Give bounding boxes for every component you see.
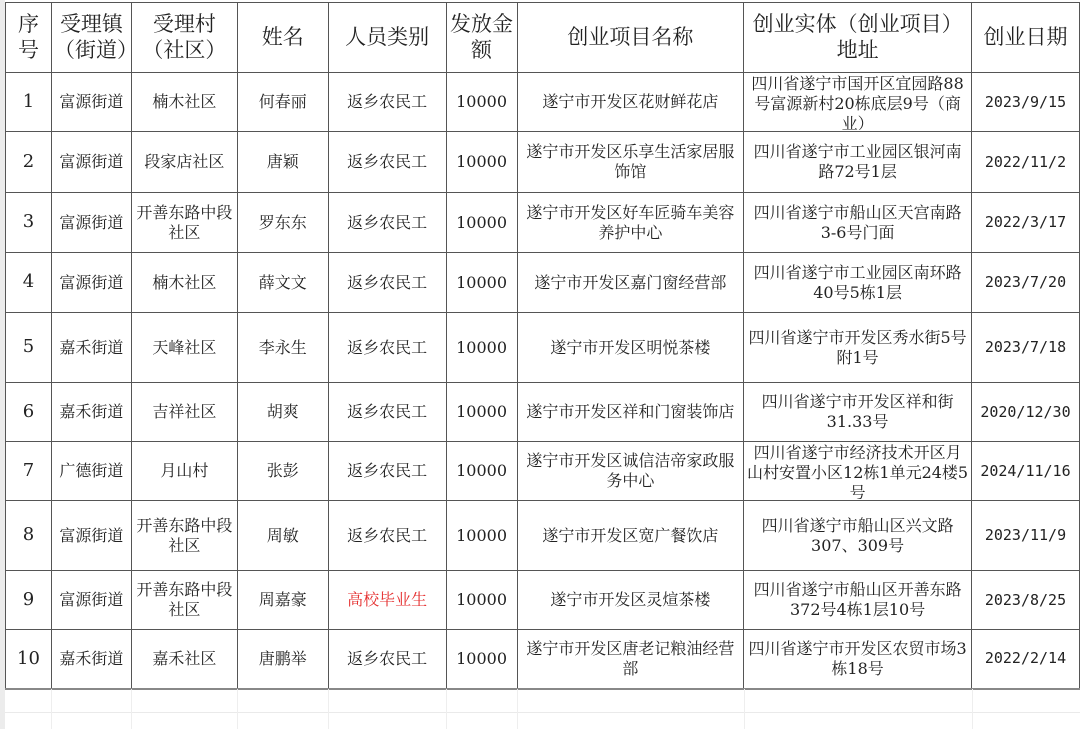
table-row: 6 嘉禾街道 吉祥社区 胡爽 返乡农民工 10000 遂宁市开发区祥和门窗装饰店… — [6, 383, 1080, 442]
cell-text: 遂宁市开发区明悦茶楼 — [520, 338, 742, 358]
cell-text: 遂宁市开发区唐老记粮油经营部 — [520, 639, 742, 679]
cell-text: 四川省遂宁市船山区兴文路307、309号 — [746, 516, 969, 556]
cell-text: 10000 — [449, 273, 515, 293]
cell-category[interactable]: 返乡农民工 — [328, 442, 446, 501]
cell-date[interactable]: 2022/11/2 — [971, 132, 1079, 193]
table-row: 2 富源街道 段家店社区 唐颖 返乡农民工 10000 遂宁市开发区乐享生活家居… — [6, 132, 1080, 193]
cell-text: 2023/8/25 — [974, 591, 1077, 610]
header-cell-town[interactable]: 受理镇（街道） — [51, 3, 131, 73]
cell-village[interactable]: 吉祥社区 — [131, 383, 237, 442]
cell-name[interactable]: 唐颖 — [237, 132, 328, 193]
cell-name[interactable]: 李永生 — [237, 313, 328, 383]
header-cell-date[interactable]: 创业日期 — [971, 3, 1079, 73]
cell-text: 开善东路中段社区 — [134, 580, 235, 620]
cell-town[interactable]: 嘉禾街道 — [51, 313, 131, 383]
cell-town[interactable]: 广德街道 — [51, 442, 131, 501]
header-row: 序号 受理镇（街道） 受理村（社区） 姓名 人员类别 发放金额 创业项目名称 创… — [6, 3, 1080, 73]
cell-text: 返乡农民工 — [331, 273, 444, 293]
cell-name[interactable]: 何春丽 — [237, 73, 328, 132]
cell-project[interactable]: 遂宁市开发区宽广餐饮店 — [517, 501, 744, 571]
cell-text: 天峰社区 — [134, 338, 235, 358]
cell-address[interactable]: 四川省遂宁市经济技术开区月山村安置小区12栋1单元24楼5号 — [744, 442, 972, 501]
cell-category[interactable]: 返乡农民工 — [328, 501, 446, 571]
cell-text: 遂宁市开发区祥和门窗装饰店 — [520, 402, 742, 422]
cell-text: 富源街道 — [54, 526, 129, 546]
cell-town[interactable]: 富源街道 — [51, 132, 131, 193]
cell-text: 8 — [8, 524, 49, 547]
cell-town[interactable]: 嘉禾街道 — [51, 630, 131, 689]
cell-text: 遂宁市开发区好车匠骑车美容养护中心 — [520, 203, 742, 243]
cell-town[interactable]: 富源街道 — [51, 193, 131, 253]
cell-date[interactable]: 2024/11/16 — [971, 442, 1079, 501]
cell-category[interactable]: 高校毕业生 — [328, 571, 446, 630]
cell-text: 7 — [8, 460, 49, 483]
cell-text: 周嘉豪 — [240, 590, 326, 610]
cell-date[interactable]: 2023/11/9 — [971, 501, 1079, 571]
cell-text: 四川省遂宁市工业园区南环路40号5栋1层 — [746, 263, 969, 303]
cell-text: 四川省遂宁市经济技术开区月山村安置小区12栋1单元24楼5号 — [746, 443, 969, 499]
cell-text: 2 — [8, 151, 49, 174]
cell-text: 10000 — [449, 649, 515, 669]
cell-text: 4 — [8, 271, 49, 294]
cell-category[interactable]: 返乡农民工 — [328, 630, 446, 689]
cell-no[interactable]: 5 — [6, 313, 52, 383]
cell-text: 唐鹏举 — [240, 649, 326, 669]
header-cell-name[interactable]: 姓名 — [237, 3, 328, 73]
cell-village[interactable]: 天峰社区 — [131, 313, 237, 383]
header-cell-amount[interactable]: 发放金额 — [446, 3, 517, 73]
cell-text: 3 — [8, 211, 49, 234]
cell-date[interactable]: 2023/7/18 — [971, 313, 1079, 383]
cell-text: 富源街道 — [54, 590, 129, 610]
cell-amount[interactable]: 10000 — [446, 253, 517, 313]
cell-text: 10000 — [449, 461, 515, 481]
spreadsheet-table: 序号 受理镇（街道） 受理村（社区） 姓名 人员类别 发放金额 创业项目名称 创… — [5, 2, 1080, 690]
cell-town[interactable]: 富源街道 — [51, 501, 131, 571]
header-cell-category[interactable]: 人员类别 — [328, 3, 446, 73]
cell-no[interactable]: 4 — [6, 253, 52, 313]
cell-text: 遂宁市开发区灵煊茶楼 — [520, 590, 742, 610]
cell-text: 10000 — [449, 213, 515, 233]
cell-address[interactable]: 四川省遂宁市国开区宜园路88号富源新村20栋底层9号（商业） — [744, 73, 972, 132]
cell-project[interactable]: 遂宁市开发区灵煊茶楼 — [517, 571, 744, 630]
cell-address[interactable]: 四川省遂宁市工业园区银河南路72号1层 — [744, 132, 972, 193]
cell-text: 10000 — [449, 526, 515, 546]
cell-text: 2023/7/18 — [974, 338, 1077, 357]
header-cell-no[interactable]: 序号 — [6, 3, 52, 73]
cell-date[interactable]: 2020/12/30 — [971, 383, 1079, 442]
cell-name[interactable]: 张彭 — [237, 442, 328, 501]
cell-text: 2024/11/16 — [974, 462, 1077, 481]
cell-text: 月山村 — [134, 461, 235, 481]
cell-address[interactable]: 四川省遂宁市船山区兴文路307、309号 — [744, 501, 972, 571]
cell-text: 10000 — [449, 92, 515, 112]
cell-text: 李永生 — [240, 338, 326, 358]
cell-text: 10 — [8, 648, 49, 671]
cell-category[interactable]: 返乡农民工 — [328, 193, 446, 253]
cell-text: 5 — [8, 336, 49, 359]
cell-text: 1 — [8, 91, 49, 114]
cell-village[interactable]: 开善东路中段社区 — [131, 501, 237, 571]
cell-no[interactable]: 1 — [6, 73, 52, 132]
cell-village[interactable]: 开善东路中段社区 — [131, 571, 237, 630]
cell-no[interactable]: 3 — [6, 193, 52, 253]
cell-address[interactable]: 四川省遂宁市开发区农贸市场3栋18号 — [744, 630, 972, 689]
cell-town[interactable]: 富源街道 — [51, 571, 131, 630]
cell-text: 嘉禾街道 — [54, 402, 129, 422]
cell-village[interactable]: 月山村 — [131, 442, 237, 501]
cell-text: 开善东路中段社区 — [134, 516, 235, 556]
cell-date[interactable]: 2023/7/20 — [971, 253, 1079, 313]
cell-village[interactable]: 楠木社区 — [131, 253, 237, 313]
cell-text: 9 — [8, 589, 49, 612]
cell-no[interactable]: 6 — [6, 383, 52, 442]
cell-text: 遂宁市开发区乐享生活家居服饰馆 — [520, 142, 742, 182]
cell-text: 四川省遂宁市船山区开善东路372号4栋1层10号 — [746, 580, 969, 620]
cell-text: 富源街道 — [54, 152, 129, 172]
cell-project[interactable]: 遂宁市开发区嘉门窗经营部 — [517, 253, 744, 313]
header-cell-address[interactable]: 创业实体（创业项目）地址 — [744, 3, 972, 73]
cell-text: 2023/7/20 — [974, 273, 1077, 292]
cell-text: 返乡农民工 — [331, 402, 444, 422]
cell-text: 10000 — [449, 152, 515, 172]
table-row: 3 富源街道 开善东路中段社区 罗东东 返乡农民工 10000 遂宁市开发区好车… — [6, 193, 1080, 253]
cell-amount[interactable]: 10000 — [446, 630, 517, 689]
header-cell-village[interactable]: 受理村（社区） — [131, 3, 237, 73]
cell-name[interactable]: 胡爽 — [237, 383, 328, 442]
cell-no[interactable]: 2 — [6, 132, 52, 193]
cell-text: 2022/11/2 — [974, 153, 1077, 172]
cell-text: 遂宁市开发区嘉门窗经营部 — [520, 273, 742, 293]
cell-text: 四川省遂宁市开发区农贸市场3栋18号 — [746, 639, 969, 679]
cell-category[interactable]: 返乡农民工 — [328, 132, 446, 193]
cell-text: 四川省遂宁市开发区祥和街31.33号 — [746, 392, 969, 432]
cell-town[interactable]: 富源街道 — [51, 73, 131, 132]
cell-text: 富源街道 — [54, 273, 129, 293]
cell-address[interactable]: 四川省遂宁市工业园区南环路40号5栋1层 — [744, 253, 972, 313]
cell-town[interactable]: 嘉禾街道 — [51, 383, 131, 442]
cell-text: 薛文文 — [240, 273, 326, 293]
table-row: 5 嘉禾街道 天峰社区 李永生 返乡农民工 10000 遂宁市开发区明悦茶楼 四… — [6, 313, 1080, 383]
cell-project[interactable]: 遂宁市开发区唐老记粮油经营部 — [517, 630, 744, 689]
cell-text: 2022/3/17 — [974, 213, 1077, 232]
cell-text: 罗东东 — [240, 213, 326, 233]
cell-village[interactable]: 楠木社区 — [131, 73, 237, 132]
table-row: 7 广德街道 月山村 张彭 返乡农民工 10000 遂宁市开发区诚信洁帝家政服务… — [6, 442, 1080, 501]
table-row: 4 富源街道 楠木社区 薛文文 返乡农民工 10000 遂宁市开发区嘉门窗经营部… — [6, 253, 1080, 313]
cell-text: 富源街道 — [54, 213, 129, 233]
cell-address[interactable]: 四川省遂宁市船山区开善东路372号4栋1层10号 — [744, 571, 972, 630]
empty-grid-rows — [5, 689, 1080, 729]
cell-village[interactable]: 嘉禾社区 — [131, 630, 237, 689]
cell-name[interactable]: 薛文文 — [237, 253, 328, 313]
cell-category[interactable]: 返乡农民工 — [328, 313, 446, 383]
cell-address[interactable]: 四川省遂宁市开发区祥和街31.33号 — [744, 383, 972, 442]
cell-category[interactable]: 返乡农民工 — [328, 253, 446, 313]
cell-amount[interactable]: 10000 — [446, 442, 517, 501]
cell-text: 吉祥社区 — [134, 402, 235, 422]
cell-date[interactable]: 2022/3/17 — [971, 193, 1079, 253]
cell-name[interactable]: 周嘉豪 — [237, 571, 328, 630]
cell-project[interactable]: 遂宁市开发区花财鲜花店 — [517, 73, 744, 132]
cell-text: 段家店社区 — [134, 152, 235, 172]
cell-amount[interactable]: 10000 — [446, 132, 517, 193]
cell-text: 四川省遂宁市工业园区银河南路72号1层 — [746, 142, 969, 182]
cell-text: 10000 — [449, 338, 515, 358]
cell-text: 高校毕业生 — [331, 590, 444, 610]
cell-text: 嘉禾街道 — [54, 649, 129, 669]
cell-project[interactable]: 遂宁市开发区祥和门窗装饰店 — [517, 383, 744, 442]
table-row: 1 富源街道 楠木社区 何春丽 返乡农民工 10000 遂宁市开发区花财鲜花店 … — [6, 73, 1080, 132]
cell-name[interactable]: 周敏 — [237, 501, 328, 571]
cell-text: 四川省遂宁市国开区宜园路88号富源新村20栋底层9号（商业） — [746, 74, 969, 130]
cell-text: 10000 — [449, 590, 515, 610]
cell-text: 开善东路中段社区 — [134, 203, 235, 243]
table-row: 9 富源街道 开善东路中段社区 周嘉豪 高校毕业生 10000 遂宁市开发区灵煊… — [6, 571, 1080, 630]
cell-text: 2023/9/15 — [974, 93, 1077, 112]
cell-text: 返乡农民工 — [331, 461, 444, 481]
cell-date[interactable]: 2022/2/14 — [971, 630, 1079, 689]
cell-text: 楠木社区 — [134, 92, 235, 112]
cell-text: 返乡农民工 — [331, 213, 444, 233]
cell-text: 四川省遂宁市开发区秀水街5号附1号 — [746, 328, 969, 368]
cell-amount[interactable]: 10000 — [446, 571, 517, 630]
cell-no[interactable]: 8 — [6, 501, 52, 571]
cell-category[interactable]: 返乡农民工 — [328, 383, 446, 442]
cell-village[interactable]: 开善东路中段社区 — [131, 193, 237, 253]
table-row: 10 嘉禾街道 嘉禾社区 唐鹏举 返乡农民工 10000 遂宁市开发区唐老记粮油… — [6, 630, 1080, 689]
cell-text: 返乡农民工 — [331, 338, 444, 358]
cell-project[interactable]: 遂宁市开发区诚信洁帝家政服务中心 — [517, 442, 744, 501]
cell-text: 返乡农民工 — [331, 152, 444, 172]
cell-project[interactable]: 遂宁市开发区好车匠骑车美容养护中心 — [517, 193, 744, 253]
cell-name[interactable]: 罗东东 — [237, 193, 328, 253]
cell-address[interactable]: 四川省遂宁市开发区秀水街5号附1号 — [744, 313, 972, 383]
cell-text: 胡爽 — [240, 402, 326, 422]
cell-text: 唐颖 — [240, 152, 326, 172]
cell-text: 6 — [8, 401, 49, 424]
cell-address[interactable]: 四川省遂宁市船山区天宫南路3-6号门面 — [744, 193, 972, 253]
cell-text: 张彭 — [240, 461, 326, 481]
cell-text: 嘉禾街道 — [54, 338, 129, 358]
cell-amount[interactable]: 10000 — [446, 501, 517, 571]
cell-amount[interactable]: 10000 — [446, 73, 517, 132]
cell-text: 楠木社区 — [134, 273, 235, 293]
cell-text: 2023/11/9 — [974, 526, 1077, 545]
table-row: 8 富源街道 开善东路中段社区 周敏 返乡农民工 10000 遂宁市开发区宽广餐… — [6, 501, 1080, 571]
cell-project[interactable]: 遂宁市开发区明悦茶楼 — [517, 313, 744, 383]
cell-text: 富源街道 — [54, 92, 129, 112]
cell-text: 10000 — [449, 402, 515, 422]
cell-text: 遂宁市开发区花财鲜花店 — [520, 92, 742, 112]
cell-text: 返乡农民工 — [331, 526, 444, 546]
cell-text: 遂宁市开发区诚信洁帝家政服务中心 — [520, 451, 742, 491]
cell-date[interactable]: 2023/9/15 — [971, 73, 1079, 132]
cell-village[interactable]: 段家店社区 — [131, 132, 237, 193]
cell-text: 2020/12/30 — [974, 403, 1077, 422]
cell-project[interactable]: 遂宁市开发区乐享生活家居服饰馆 — [517, 132, 744, 193]
cell-date[interactable]: 2023/8/25 — [971, 571, 1079, 630]
cell-no[interactable]: 9 — [6, 571, 52, 630]
cell-text: 四川省遂宁市船山区天宫南路3-6号门面 — [746, 203, 969, 243]
cell-name[interactable]: 唐鹏举 — [237, 630, 328, 689]
cell-town[interactable]: 富源街道 — [51, 253, 131, 313]
cell-text: 2022/2/14 — [974, 649, 1077, 668]
cell-text: 何春丽 — [240, 92, 326, 112]
cell-text: 返乡农民工 — [331, 649, 444, 669]
cell-text: 嘉禾社区 — [134, 649, 235, 669]
cell-category[interactable]: 返乡农民工 — [328, 73, 446, 132]
cell-no[interactable]: 10 — [6, 630, 52, 689]
cell-text: 周敏 — [240, 526, 326, 546]
cell-amount[interactable]: 10000 — [446, 313, 517, 383]
header-cell-project[interactable]: 创业项目名称 — [517, 3, 744, 73]
cell-amount[interactable]: 10000 — [446, 383, 517, 442]
cell-text: 广德街道 — [54, 461, 129, 481]
cell-no[interactable]: 7 — [6, 442, 52, 501]
cell-text: 遂宁市开发区宽广餐饮店 — [520, 526, 742, 546]
cell-amount[interactable]: 10000 — [446, 193, 517, 253]
cell-text: 返乡农民工 — [331, 92, 444, 112]
